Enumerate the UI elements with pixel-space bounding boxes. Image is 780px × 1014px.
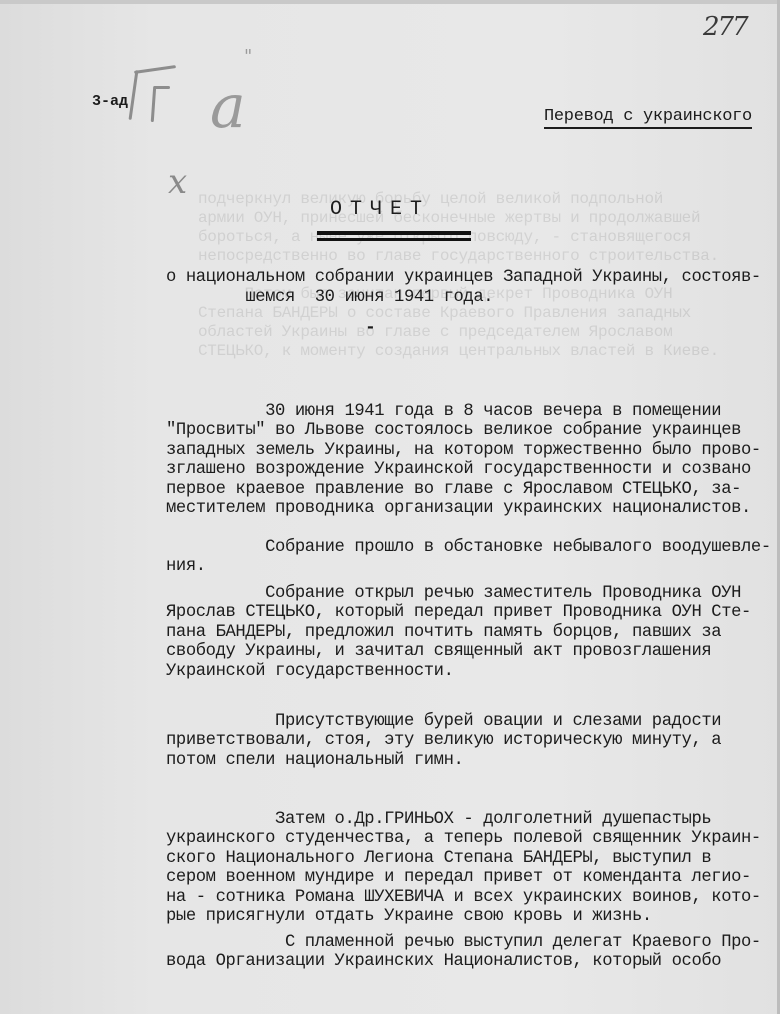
paragraph: 30 июня 1941 года в 8 часов вечера в пом… (166, 402, 761, 518)
subtitle-line: о национальном собрании украинцев Западн… (166, 268, 761, 287)
pencil-letter-mark: а (210, 72, 246, 142)
paragraph: С пламенной речью выступил делегат Краев… (166, 933, 761, 972)
pencil-quote-mark: " (244, 46, 252, 67)
paragraph: Собрание прошло в обстановке небывалого … (166, 538, 771, 577)
reference-code: 3-ад (92, 93, 128, 110)
page-number: 277 (703, 12, 747, 42)
translation-note: Перевод с украинского (544, 107, 752, 129)
pencil-cross-mark: x (168, 162, 187, 202)
pencil-root-mark (128, 62, 180, 124)
title-underline-thick (317, 231, 471, 235)
scan-edge-top (0, 0, 780, 4)
title-underline-thin (317, 238, 471, 241)
subtitle-line: шемся 30 июня 1941 года. (166, 288, 493, 307)
paragraph: Собрание открыл речью заместитель Провод… (166, 584, 751, 681)
paragraph: Присутствующие бурей овации и слезами ра… (166, 712, 721, 770)
document-title: ОТЧЕТ (330, 198, 430, 221)
document-subtitle: о национальном собрании украинцев Западн… (166, 268, 761, 308)
section-separator: - (365, 318, 376, 338)
scanned-page: подчеркнул великую борьбу целой великой … (0, 0, 780, 1014)
paragraph: Затем о.Др.ГРИНЬОХ - долголетний душепас… (166, 810, 761, 926)
